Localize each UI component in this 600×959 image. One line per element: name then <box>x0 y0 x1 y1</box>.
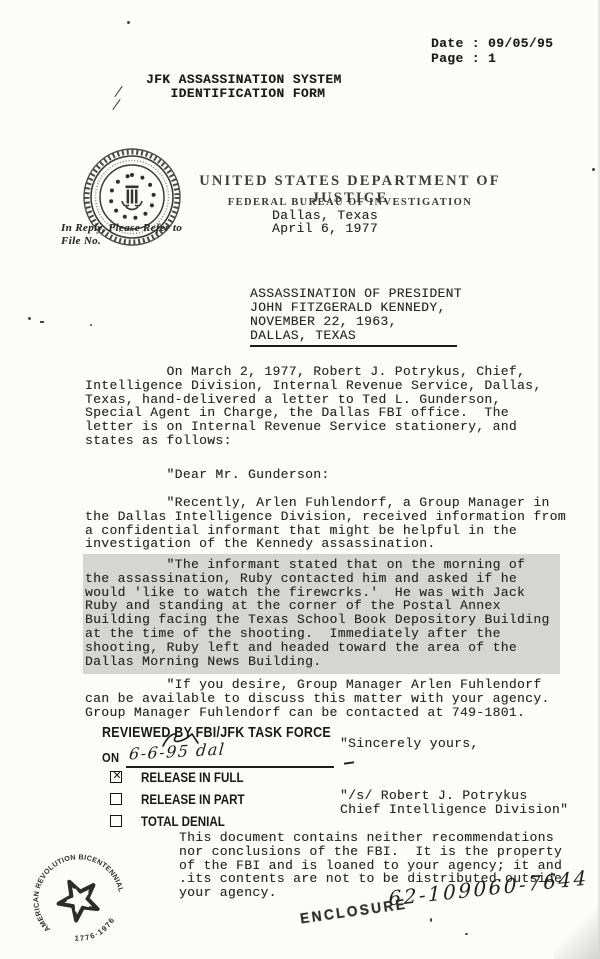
scan-speck <box>430 918 432 922</box>
refer-note: In Reply, Please Refer to File No. <box>61 222 182 248</box>
scan-speck <box>465 933 468 935</box>
checkbox-x-mark: ✕ <box>111 769 123 782</box>
handwritten-slash-mark: / <box>113 97 120 114</box>
body-paragraph-2: "Recently, Arlen Fuhlendorf, a Group Man… <box>85 496 566 551</box>
release-option-label: RELEASE IN FULL <box>141 770 244 785</box>
page-corner-shading <box>554 899 600 959</box>
release-option-label: RELEASE IN PART <box>141 792 245 807</box>
release-option-label: TOTAL DENIAL <box>141 814 225 829</box>
subject-underline <box>250 345 457 347</box>
scanned-document-page: Date : 09/05/95 Page : 1 JFK ASSASSINATI… <box>0 0 600 959</box>
on-line-underline <box>126 766 334 768</box>
form-title: JFK ASSASSINATION SYSTEM IDENTIFICATION … <box>146 73 342 101</box>
scan-speck <box>90 324 92 326</box>
header-page-number: Page : 1 <box>431 52 496 66</box>
seal-center-emblem <box>122 186 142 210</box>
bicentennial-star <box>52 872 104 924</box>
letterhead-place-date: Dallas, Texas April 6, 1977 <box>272 209 378 235</box>
release-option-full: ✕RELEASE IN FULL <box>110 769 260 785</box>
header-date: Date : 09/05/95 <box>431 37 553 51</box>
release-option-part: RELEASE IN PART <box>110 791 262 807</box>
letterhead-bureau: FEDERAL BUREAU OF INVESTIGATION <box>160 197 540 208</box>
highlighted-paragraph: "The informant stated that on the mornin… <box>83 554 560 674</box>
handwritten-review-date: 6-6-95 dal <box>128 739 226 763</box>
checkbox-release-in-part <box>110 793 122 805</box>
scan-speck <box>127 21 130 24</box>
body-paragraph-3: "If you desire, Group Manager Arlen Fuhl… <box>85 678 550 719</box>
closing-sincerely: "Sincerely yours, <box>340 737 479 751</box>
stray-dash-mark <box>344 761 354 764</box>
checkbox-release-in-full-checked: ✕ <box>110 771 122 783</box>
subject-block: ASSASSINATION OF PRESIDENT JOHN FITZGERA… <box>250 287 462 343</box>
body-paragraph-1: On March 2, 1977, Robert J. Potrykus, Ch… <box>85 365 541 448</box>
stamp-on-label: ON <box>102 750 119 765</box>
scan-speck <box>28 317 31 320</box>
body-salutation: "Dear Mr. Gunderson: <box>85 468 330 482</box>
scan-speck <box>592 168 595 171</box>
reviewed-stamp: REVIEWED BY FBI/JFK TASK FORCE <box>102 725 331 741</box>
scan-speck <box>40 321 44 323</box>
release-option-denial: TOTAL DENIAL <box>110 813 239 829</box>
bicentennial-logo-icon: AMERICAN REVOLUTION BICENTENNIAL 1776·19… <box>20 846 138 959</box>
highlighted-paragraph-text: "The informant stated that on the mornin… <box>85 558 560 668</box>
enclosure-stamp: ENCLOSURE <box>299 897 408 928</box>
checkbox-total-denial <box>110 815 122 827</box>
closing-signature: "/s/ Robert J. Potrykus Chief Intelligen… <box>340 789 568 817</box>
